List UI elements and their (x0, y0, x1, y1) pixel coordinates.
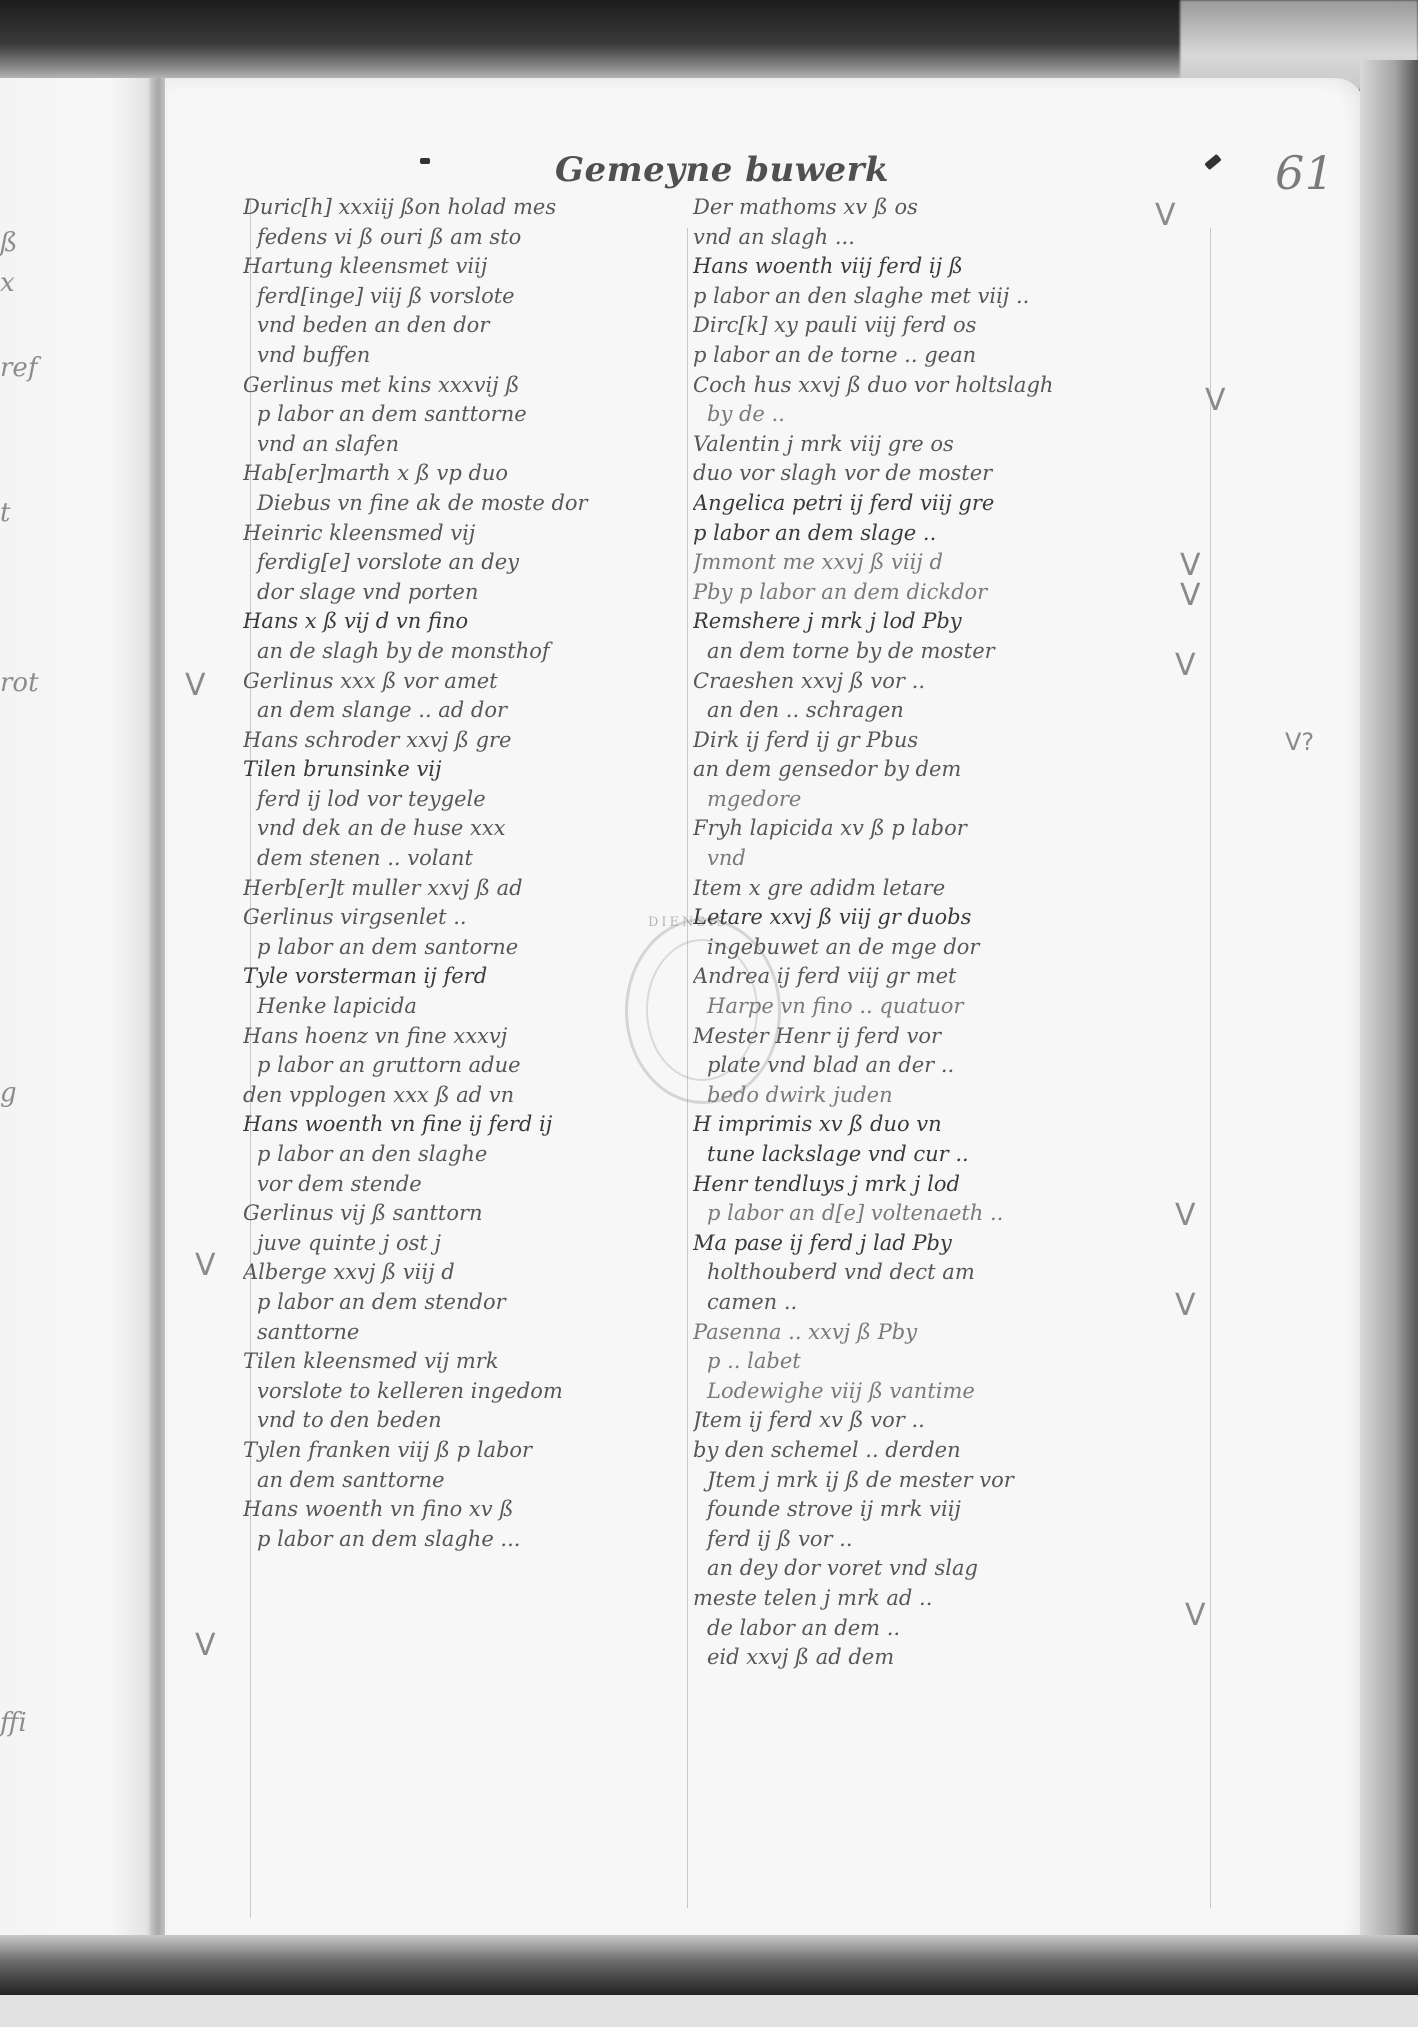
entry-line: Diebus vn fine ak de moste dor (243, 489, 683, 519)
entry-line: Hartung kleensmet viij (243, 252, 683, 282)
checkmark-icon: V (195, 1248, 216, 1283)
entry-line: p labor an dem slage .. (693, 519, 1213, 549)
entry-line: juve quinte j ost j (243, 1229, 683, 1259)
entry-line: vnd beden an den dor (243, 311, 683, 341)
checkmark-icon: V (185, 668, 206, 703)
entry-line: Jtem ij ferd xv ß vor .. (693, 1406, 1213, 1436)
checkmark-icon: V (1185, 1598, 1206, 1633)
entry-line: ferd[inge] viij ß vorslote (243, 282, 683, 312)
entry-line: camen .. (693, 1288, 1213, 1318)
entry-line: plate vnd blad an der .. (693, 1051, 1213, 1081)
entry-line: Coch hus xxvj ß duo vor holtslagh (693, 371, 1213, 401)
entry-line: bedo dwirk juden (693, 1081, 1213, 1111)
checkmark-icon: V (1175, 1198, 1196, 1233)
left-page-fragment: ß (0, 228, 17, 258)
entry-line: p labor an dem santtorne (243, 400, 683, 430)
scan-background (0, 1995, 1418, 2027)
entry-line: Gerlinus virgsenlet .. (243, 903, 683, 933)
entry-line: Henr tendluys j mrk j lod (693, 1170, 1213, 1200)
entry-line: p labor an den slaghe met viij .. (693, 282, 1213, 312)
entry-line: an dem slange .. ad dor (243, 696, 683, 726)
entry-line: Gerlinus vij ß santtorn (243, 1199, 683, 1229)
entry-line: Remshere j mrk j lod Pby (693, 607, 1213, 637)
entry-line: ingebuwet an de mge dor (693, 933, 1213, 963)
ink-blot (1204, 154, 1221, 170)
entry-line: Valentin j mrk viij gre os (693, 430, 1213, 460)
entry-line: ferd ij lod vor teygele (243, 785, 683, 815)
entry-line: vor dem stende (243, 1170, 683, 1200)
entry-line: Letare xxvj ß viij gr duobs (693, 903, 1213, 933)
entry-line: Craeshen xxvj ß vor .. (693, 667, 1213, 697)
entry-line: Dirk ij ferd ij gr Pbus (693, 726, 1213, 756)
entry-line: Hans woenth viij ferd ij ß (693, 252, 1213, 282)
entry-line: Mester Henr ij ferd vor (693, 1022, 1213, 1052)
entry-line: H imprimis xv ß duo vn (693, 1110, 1213, 1140)
entry-line: Tilen kleensmed vij mrk (243, 1347, 683, 1377)
manuscript-page: Gemeyne buwerk 61 DIENSIS Duric[h] xxxii… (165, 78, 1365, 1948)
query-mark: V? (1285, 728, 1314, 756)
left-page-fragment: ref (0, 353, 37, 383)
left-page-fragment: t (0, 498, 10, 528)
checkmark-icon: V (1155, 198, 1176, 233)
entry-line: Hans x ß vij d vn fino (243, 607, 683, 637)
entry-line: vnd an slafen (243, 430, 683, 460)
entry-line: Lodewighe viij ß vantime (693, 1377, 1213, 1407)
entry-line: den vpplogen xxx ß ad vn (243, 1081, 683, 1111)
entry-line: an dem torne by de moster (693, 637, 1213, 667)
entry-line: duo vor slagh vor de moster (693, 459, 1213, 489)
entry-line: Harpe vn fino .. quatuor (693, 992, 1213, 1022)
page-title: Gemeyne buwerk (555, 150, 889, 190)
entry-line: p labor an dem stendor (243, 1288, 683, 1318)
entry-line: p .. labet (693, 1347, 1213, 1377)
entry-line: santtorne (243, 1318, 683, 1348)
entry-line: de labor an dem .. (693, 1614, 1213, 1644)
checkmark-icon: V (1205, 383, 1226, 418)
entry-line: p labor an den slaghe (243, 1140, 683, 1170)
left-page-fragment: rot (0, 668, 39, 698)
entry-line: Tyle vorsterman ij ferd (243, 962, 683, 992)
entry-line: dor slage vnd porten (243, 578, 683, 608)
entry-line: holthouberd vnd dect am (693, 1258, 1213, 1288)
entry-line: Fryh lapicida xv ß p labor (693, 814, 1213, 844)
book-bottom-edge (0, 1935, 1418, 1995)
checkmark-icon: V (1175, 1288, 1196, 1323)
book-fore-edge (1360, 60, 1418, 1960)
entry-line: mgedore (693, 785, 1213, 815)
entry-line: Jtem j mrk ij ß de mester vor (693, 1466, 1213, 1496)
entry-line: Angelica petri ij ferd viij gre (693, 489, 1213, 519)
entry-line: Gerlinus met kins xxxvij ß (243, 371, 683, 401)
left-column-entries: Duric[h] xxxiij ßon holad mes fedens vi … (243, 193, 683, 1554)
entry-line: founde strove ij mrk viij (693, 1495, 1213, 1525)
entry-line: eid xxvj ß ad dem (693, 1643, 1213, 1673)
entry-line: Pasenna .. xxvj ß Pby (693, 1318, 1213, 1348)
entry-line: by den schemel .. derden (693, 1436, 1213, 1466)
entry-line: tune lackslage vnd cur .. (693, 1140, 1213, 1170)
entry-line: meste telen j mrk ad .. (693, 1584, 1213, 1614)
entry-line: dem stenen .. volant (243, 844, 683, 874)
entry-line: Heinric kleensmed vij (243, 519, 683, 549)
left-page-fragment: g (0, 1078, 17, 1108)
checkmark-icon: V (1180, 578, 1201, 613)
entry-line: Hans woenth vn fine ij ferd ij (243, 1110, 683, 1140)
entry-line: Der mathoms xv ß os (693, 193, 1213, 223)
checkmark-icon: V (195, 1628, 216, 1663)
facing-left-page: ß x ref t rot g ffi (0, 78, 158, 1958)
entry-line: an dey dor voret vnd slag (693, 1554, 1213, 1584)
entry-line: Henke lapicida (243, 992, 683, 1022)
entry-line: Tilen brunsinke vij (243, 755, 683, 785)
entry-line: p labor an dem slaghe ... (243, 1525, 683, 1555)
entry-line: Pby p labor an dem dickdor (693, 578, 1213, 608)
entry-line: Ma pase ij ferd j lad Pby (693, 1229, 1213, 1259)
entry-line: Tylen franken viij ß p labor (243, 1436, 683, 1466)
entry-line: vnd (693, 844, 1213, 874)
entry-line: Item x gre adidm letare (693, 874, 1213, 904)
entry-line: by de .. (693, 400, 1213, 430)
entry-line: Hans hoenz vn fine xxxvj (243, 1022, 683, 1052)
entry-line: Dirc[k] xy pauli viij ferd os (693, 311, 1213, 341)
entry-line: p labor an dem santorne (243, 933, 683, 963)
right-column-entries: Der mathoms xv ß os vnd an slagh ... Han… (693, 193, 1213, 1673)
entry-line: ferdig[e] vorslote an dey (243, 548, 683, 578)
entry-line: Hans schroder xxvj ß gre (243, 726, 683, 756)
left-page-fragment: ffi (0, 1708, 27, 1738)
left-page-fragment: x (0, 268, 15, 298)
entry-line: Alberge xxvj ß viij d (243, 1258, 683, 1288)
entry-line: Herb[er]t muller xxvj ß ad (243, 874, 683, 904)
entry-line: Gerlinus xxx ß vor amet (243, 667, 683, 697)
entry-line: p labor an d[e] voltenaeth .. (693, 1199, 1213, 1229)
checkmark-icon: V (1175, 648, 1196, 683)
entry-line: vorslote to kelleren ingedom (243, 1377, 683, 1407)
entry-line: vnd buffen (243, 341, 683, 371)
entry-line: an den .. schragen (693, 696, 1213, 726)
entry-line: fedens vi ß ouri ß am sto (243, 223, 683, 253)
ink-blot (420, 158, 430, 164)
entry-line: p labor an de torne .. gean (693, 341, 1213, 371)
entry-line: vnd an slagh ... (693, 223, 1213, 253)
entry-line: an dem santtorne (243, 1466, 683, 1496)
entry-line: Andrea ij ferd viij gr met (693, 962, 1213, 992)
entry-line: Hans woenth vn fino xv ß (243, 1495, 683, 1525)
entry-line: Hab[er]marth x ß vp duo (243, 459, 683, 489)
entry-line: ferd ij ß vor .. (693, 1525, 1213, 1555)
entry-line: Duric[h] xxxiij ßon holad mes (243, 193, 683, 223)
entry-line: p labor an gruttorn adue (243, 1051, 683, 1081)
entry-line: vnd dek an de huse xxx (243, 814, 683, 844)
entry-line: Jmmont me xxvj ß viij d (693, 548, 1213, 578)
folio-number: 61 (1275, 146, 1335, 200)
entry-line: vnd to den beden (243, 1406, 683, 1436)
entry-line: an de slagh by de monsthof (243, 637, 683, 667)
entry-line: an dem gensedor by dem (693, 755, 1213, 785)
